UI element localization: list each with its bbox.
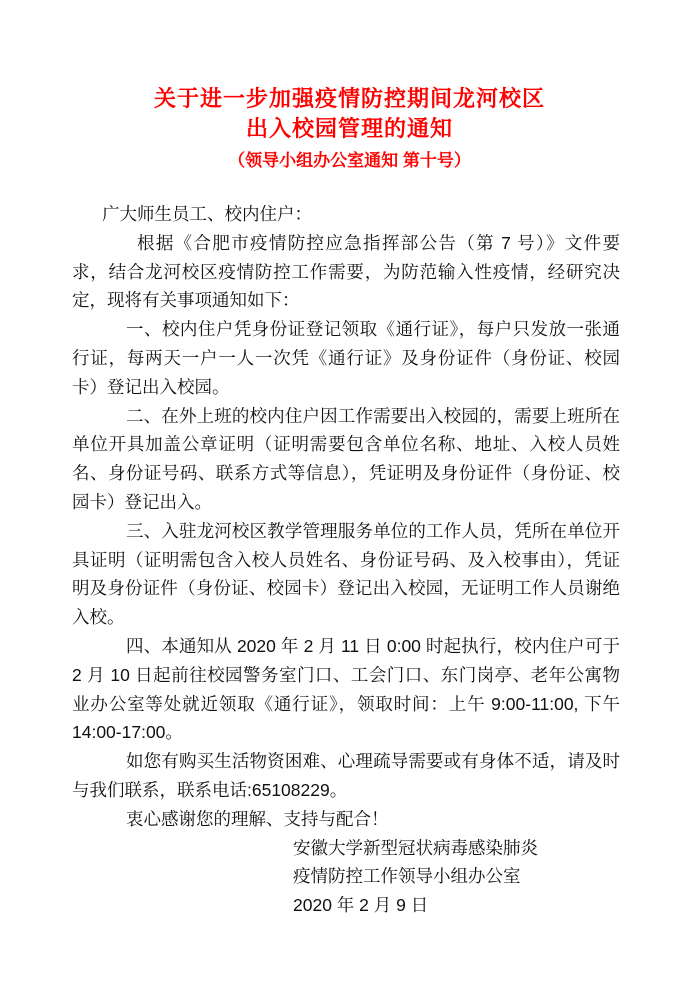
paragraph-thanks: 衷心感谢您的理解、支持与配合！ bbox=[72, 805, 620, 834]
paragraph-item-2: 二、在外上班的校内住户因工作需要出入校园的，需要上班所在单位开具加盖公章证明（证… bbox=[72, 402, 620, 517]
salutation: 广大师生员工、校内住户： bbox=[72, 200, 620, 229]
signature-org-line-1: 安徽大学新型冠状病毒感染肺炎 bbox=[293, 834, 538, 863]
paragraph-intro: 根据《合肥市疫情防控应急指挥部公告（第 7 号）》文件要求，结合龙河校区疫情防控… bbox=[72, 229, 620, 315]
signature-block: 安徽大学新型冠状病毒感染肺炎 疫情防控工作领导小组办公室 2020 年 2 月 … bbox=[293, 834, 538, 920]
notice-title-line-2: 出入校园管理的通知 bbox=[0, 114, 699, 144]
paragraph-item-1: 一、校内住户凭身份证登记领取《通行证》，每户只发放一张通行证，每两天一户一人一次… bbox=[72, 315, 620, 401]
paragraph-item-3: 三、入驻龙河校区教学管理服务单位的工作人员，凭所在单位开具证明（证明需包含入校人… bbox=[72, 517, 620, 632]
signature-org-line-2: 疫情防控工作领导小组办公室 bbox=[293, 862, 538, 891]
notice-body: 广大师生员工、校内住户： 根据《合肥市疫情防控应急指挥部公告（第 7 号）》文件… bbox=[0, 200, 699, 920]
paragraph-contact: 如您有购买生活物资困难、心理疏导需要或有身体不适，请及时与我们联系，联系电话:6… bbox=[72, 747, 620, 805]
paragraph-item-4: 四、本通知从 2020 年 2 月 11 日 0:00 时起执行，校内住户可于 … bbox=[72, 632, 620, 747]
signature-date: 2020 年 2 月 9 日 bbox=[293, 891, 538, 920]
notice-subtitle: （领导小组办公室通知 第十号） bbox=[0, 148, 699, 174]
notice-title-line-1: 关于进一步加强疫情防控期间龙河校区 bbox=[0, 84, 699, 114]
notice-page: 关于进一步加强疫情防控期间龙河校区 出入校园管理的通知 （领导小组办公室通知 第… bbox=[0, 0, 699, 990]
notice-title-block: 关于进一步加强疫情防控期间龙河校区 出入校园管理的通知 （领导小组办公室通知 第… bbox=[0, 84, 699, 174]
